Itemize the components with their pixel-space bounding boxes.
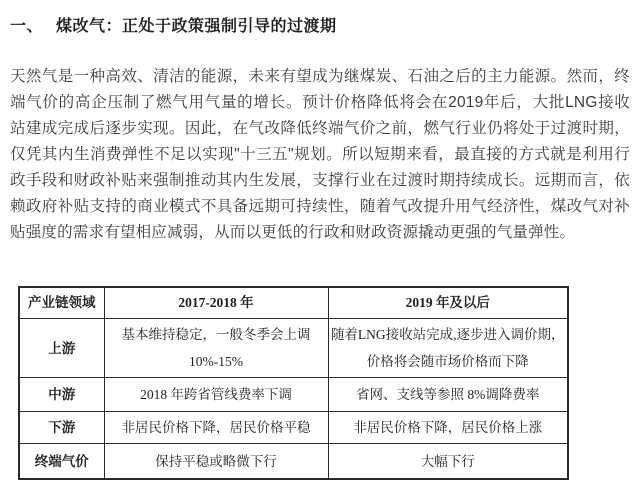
- body-paragraph: 天然气是一种高效、清洁的能源，未来有望成为继煤炭、石油之后的主力能源。然而，终 …: [10, 64, 630, 246]
- row-label-midstream: 中游: [19, 378, 104, 412]
- cell-upstream-2017-2018: 基本维持稳定，一般冬季会上调 10%-15%: [104, 319, 328, 378]
- paragraph-line: 天然气是一种高效、清洁的能源，未来有望成为继煤炭、石油之后的主力能源。然而，终: [10, 64, 630, 90]
- paragraph-line: 站建成完成后逐步实现。因此，在气改降低终端气价之前，燃气行业仍将处于过渡时期，: [10, 116, 630, 142]
- cell-downstream-2017-2018: 非居民价格下降，居民价格平稳: [104, 412, 328, 444]
- paragraph-line: 端气价的高企压制了燃气用气量的增长。预计价格降低将会在2019年后，大批LNG接…: [10, 90, 630, 116]
- cell-downstream-2019-plus: 非居民价格下降，居民价格上涨: [328, 412, 568, 444]
- table-header-row: 产业链领域 2017-2018 年 2019 年及以后: [19, 287, 568, 319]
- industry-chain-price-table: 产业链领域 2017-2018 年 2019 年及以后 上游 基本维持稳定，一般…: [18, 286, 569, 480]
- row-label-downstream: 下游: [19, 412, 104, 444]
- section-title: 煤改气：正处于政策强制引导的过渡期: [56, 18, 337, 35]
- table-row-downstream: 下游 非居民价格下降，居民价格平稳 非居民价格下降，居民价格上涨: [19, 412, 568, 444]
- cell-terminal-2019-plus: 大幅下行: [328, 444, 568, 480]
- paragraph-line: 政手段和财政补贴来强制推动其内生发展，支撑行业在过渡时期持续成长。远期而言，依: [10, 168, 630, 194]
- paragraph-line: 贴强度的需求有望相应减弱，从而以更低的行政和财政资源撬动更强的气量弹性。: [10, 220, 630, 246]
- table-row-midstream: 中游 2018 年跨省管线费率下调 省网、支线等参照 8%调降费率: [19, 378, 568, 412]
- col-header-2017-2018: 2017-2018 年: [104, 287, 328, 319]
- section-number: 一、: [10, 18, 43, 35]
- cell-midstream-2019-plus: 省网、支线等参照 8%调降费率: [328, 378, 568, 412]
- document-page: 一、煤改气：正处于政策强制引导的过渡期 天然气是一种高效、清洁的能源，未来有望成…: [0, 0, 640, 480]
- row-label-upstream: 上游: [19, 319, 104, 378]
- row-label-terminal-gas-price: 终端气价: [19, 444, 104, 480]
- paragraph-line: 仅凭其内生消费弹性不足以实现"十三五"规划。所以短期来看，最直接的方式就是利用行: [10, 142, 630, 168]
- cell-upstream-2019-plus: 随着LNG接收站完成,逐步进入调价期， 价格将会随市场价格而下降: [328, 319, 568, 378]
- cell-midstream-2017-2018: 2018 年跨省管线费率下调: [104, 378, 328, 412]
- section-heading: 一、煤改气：正处于政策强制引导的过渡期: [10, 0, 630, 37]
- table-row-terminal-gas-price: 终端气价 保持平稳或略微下行 大幅下行: [19, 444, 568, 480]
- cell-terminal-2017-2018: 保持平稳或略微下行: [104, 444, 328, 480]
- col-header-2019-and-after: 2019 年及以后: [328, 287, 568, 319]
- col-header-industry-chain: 产业链领域: [19, 287, 104, 319]
- table-row-upstream: 上游 基本维持稳定，一般冬季会上调 10%-15% 随着LNG接收站完成,逐步进…: [19, 319, 568, 378]
- paragraph-line: 赖政府补贴支持的商业模式不具备远期可持续性，随着气改提升用气经济性，煤改气对补: [10, 194, 630, 220]
